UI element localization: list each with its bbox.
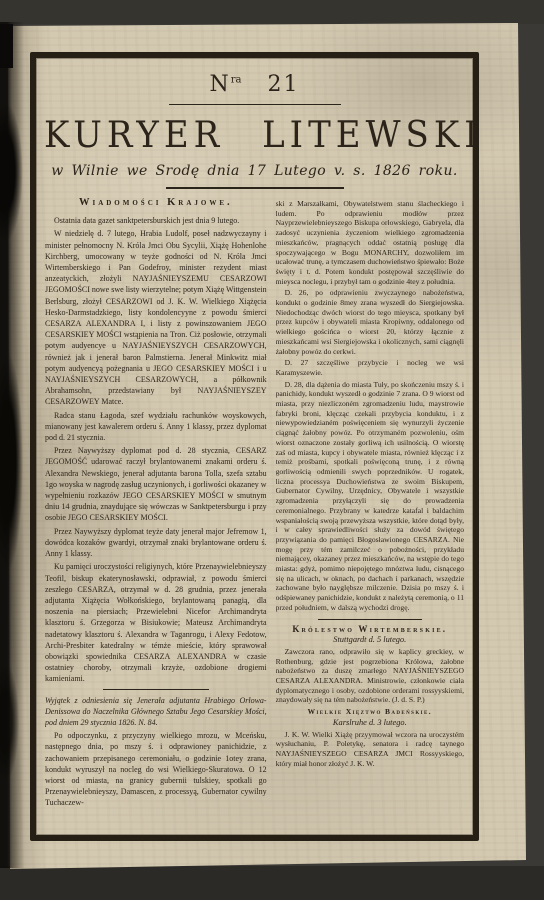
- body-columns: Wiadomości Krajowe. Ostatnia data gazet …: [44, 197, 465, 815]
- paragraph: W niedzielę d. 7 lutego, Hrabia Ludolf, …: [45, 228, 267, 407]
- paragraph: Przez Naywyższy dyplomat pod d. 28 stycz…: [45, 445, 267, 523]
- issue-value: 21: [268, 72, 300, 97]
- paragraph: Po odpoczynku, z przyczyny wielkiego mro…: [45, 730, 267, 808]
- right-column: ski z Marszałkami, Obywatelstwem stanu ś…: [276, 197, 464, 815]
- issue-number: Nra21: [44, 72, 465, 97]
- paragraph: Przez Naywyższy dyplomat teyże daty jene…: [45, 526, 267, 560]
- paragraph: D. 27 szczęśliwe przybycie i nocleg we w…: [276, 358, 464, 377]
- paragraph: Wyjątek z odniesienia się Jenerała adjut…: [45, 689, 267, 729]
- section-dateline: Karslruhe d. 3 lutego.: [276, 718, 464, 728]
- left-column-paragraphs: Ostatnia data gazet sanktpetersburskich …: [45, 215, 267, 808]
- section-baden: Wielkie Xięztwo Badeńskie. Karslruhe d. …: [276, 707, 464, 768]
- paragraph: Ostatnia data gazet sanktpetersburskich …: [45, 215, 267, 226]
- domestic-news-heading: Wiadomości Krajowe.: [45, 197, 267, 208]
- paragraph: Ku pamięci uroczystości religiynych, któ…: [45, 561, 267, 684]
- left-column: Wiadomości Krajowe. Ostatnia data gazet …: [45, 197, 267, 815]
- scan-background: Nra21 KURYER LITEWSKI w Wilnie we Srodę …: [0, 0, 544, 900]
- section-title: Wielkie Xięztwo Badeńskie.: [276, 707, 464, 717]
- scan-corner-mark: [0, 24, 13, 68]
- masthead-rule-top: [169, 104, 341, 105]
- masthead-rule-bottom: [166, 187, 344, 189]
- section-dateline: Stuttgardt d. 5 lutego.: [276, 635, 464, 645]
- paragraph: ski z Marszałkami, Obywatelstwem stanu ś…: [276, 199, 464, 286]
- paragraph: D. 28, dla dążenia do miasta Tuły, po sk…: [276, 380, 464, 613]
- right-column-paragraphs: ski z Marszałkami, Obywatelstwem stanu ś…: [276, 199, 464, 613]
- section-divider-rule: [318, 619, 422, 620]
- paragraph: D. 26, po odprawieniu zwyczaynego naboże…: [276, 288, 464, 356]
- masthead-dateline: w Wilnie we Srodę dnia 17 Lutego v. s. 1…: [44, 163, 465, 179]
- issue-prefix: N: [210, 72, 231, 97]
- paragraph: Radca stanu Łagoda, szef wydziału rachun…: [45, 410, 267, 444]
- paragraph: Zawczora rano, odprawiło się w kaplicy g…: [276, 647, 464, 705]
- section-wirtemberg: Królestwo Wirtemberskie. Stuttgardt d. 5…: [276, 625, 464, 706]
- section-title: Królestwo Wirtemberskie.: [276, 625, 464, 635]
- page-border-frame: Nra21 KURYER LITEWSKI w Wilnie we Srodę …: [30, 52, 479, 841]
- issue-superscript: ra: [231, 75, 242, 86]
- masthead-title: KURYER LITEWSKI: [44, 113, 465, 156]
- paragraph: J. K. W. Wielki Xiążę przyymował wczora …: [276, 730, 464, 769]
